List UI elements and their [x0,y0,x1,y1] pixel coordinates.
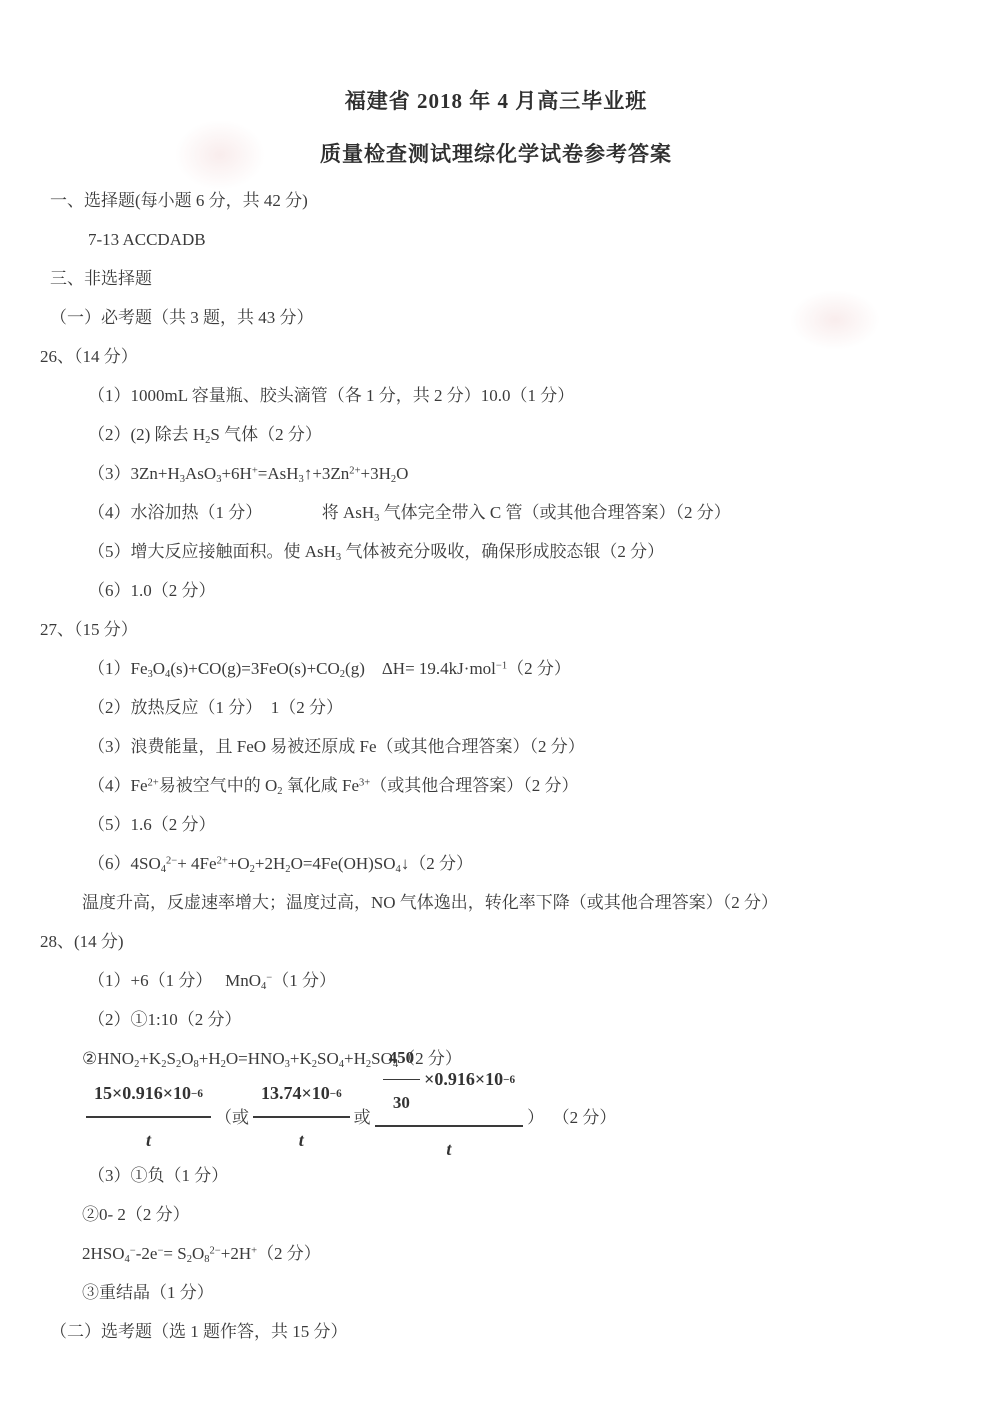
q27-answer-1: （1）Fe3O4(s)+CO(g)=3FeO(s)+CO2(g) ΔH= 19.… [0,649,992,688]
q27-answer-5: （5）1.6（2 分） [0,805,992,844]
fraction: 15×0.916×10−6t [86,1074,211,1160]
q27-heading: 27、（15 分） [0,610,992,649]
q26-heading: 26、（14 分） [0,337,992,376]
q26-answer-6: （6）1.0（2 分） [0,571,992,610]
q26-answer-4: （4）水浴加热（1 分） 将 AsH3 气体完全带入 C 管（或其他合理答案）（… [0,493,992,532]
q27-answer-3: （3）浪费能量，且 FeO 易被还原成 Fe（或其他合理答案）（2 分） [0,727,992,766]
q28-answer-3-2: ②0- 2（2 分） [0,1195,992,1234]
q26-answer-1: （1）1000mL 容量瓶、胶头滴管（各 1 分，共 2 分）10.0（1 分） [0,376,992,415]
q27-answer-2: （2）放热反应（1 分） 1（2 分） [0,688,992,727]
fraction: 45030 [383,1038,421,1122]
q27-temperature-note: 温度升高，反虚速率增大；温度过高，NO 气体逸出，转化率下降（或其他合理答案）（… [0,883,992,922]
required-part-heading: （一）必考题（共 3 题，共 43 分） [0,298,992,337]
q28-answer-1: （1）+6（1 分） MnO4−（1 分） [0,961,992,1000]
q28-answer-3-2-equation: 2HSO4−-2e−= S2O82−+2H+（2 分） [0,1234,992,1273]
document-title-line1: 福建省 2018 年 4 月高三毕业班 [0,75,992,127]
q27-answer-4: （4）Fe2+易被空气中的 O2 氧化咸 Fe3+（或其他合理答案）（2 分） [0,766,992,805]
document-title-line2: 质量检查测试理综化学试卷参考答案 [0,127,992,181]
section-choice-heading: 一、选择题(每小题 6 分，共 42 分) [0,181,992,220]
q27-answer-6: （6）4SO42−+ 4Fe2++O2+2H2O=4Fe(OH)SO4↓（2 分… [0,844,992,883]
q28-heading: 28、(14 分) [0,922,992,961]
q26-answer-2: （2）(2) 除去 H2S 气体（2 分） [0,415,992,454]
q28-answer-3-3: ③重结晶（1 分） [0,1273,992,1312]
q26-answer-5: （5）增大反应接触面积。使 AsH3 气体被充分吸收，确保形成胶态银（2 分） [0,532,992,571]
fraction: 45030×0.916×10−6t [375,1038,523,1169]
q28-answer-2-1: （2）①1:10（2 分） [0,1000,992,1039]
optional-part-heading: （二）选考题（选 1 题作答，共 15 分） [0,1312,992,1351]
fraction: 13.74×10−6t [253,1074,350,1160]
q28-rate-expression: 15×0.916×10−6t（或13.74×10−6t或45030×0.916×… [0,1078,992,1156]
choice-answers: 7-13 ACCDADB [0,220,992,259]
answer-sheet-page: 福建省 2018 年 4 月高三毕业班 质量检查测试理综化学试卷参考答案 一、选… [0,0,992,1403]
q26-answer-3: （3）3Zn+H3AsO3+6H+=AsH3↑+3Zn2++3H2O [0,454,992,493]
document-body: 一、选择题(每小题 6 分，共 42 分)7-13 ACCDADB三、非选择题（… [0,181,992,1351]
section-nonchoice-heading: 三、非选择题 [0,259,992,298]
